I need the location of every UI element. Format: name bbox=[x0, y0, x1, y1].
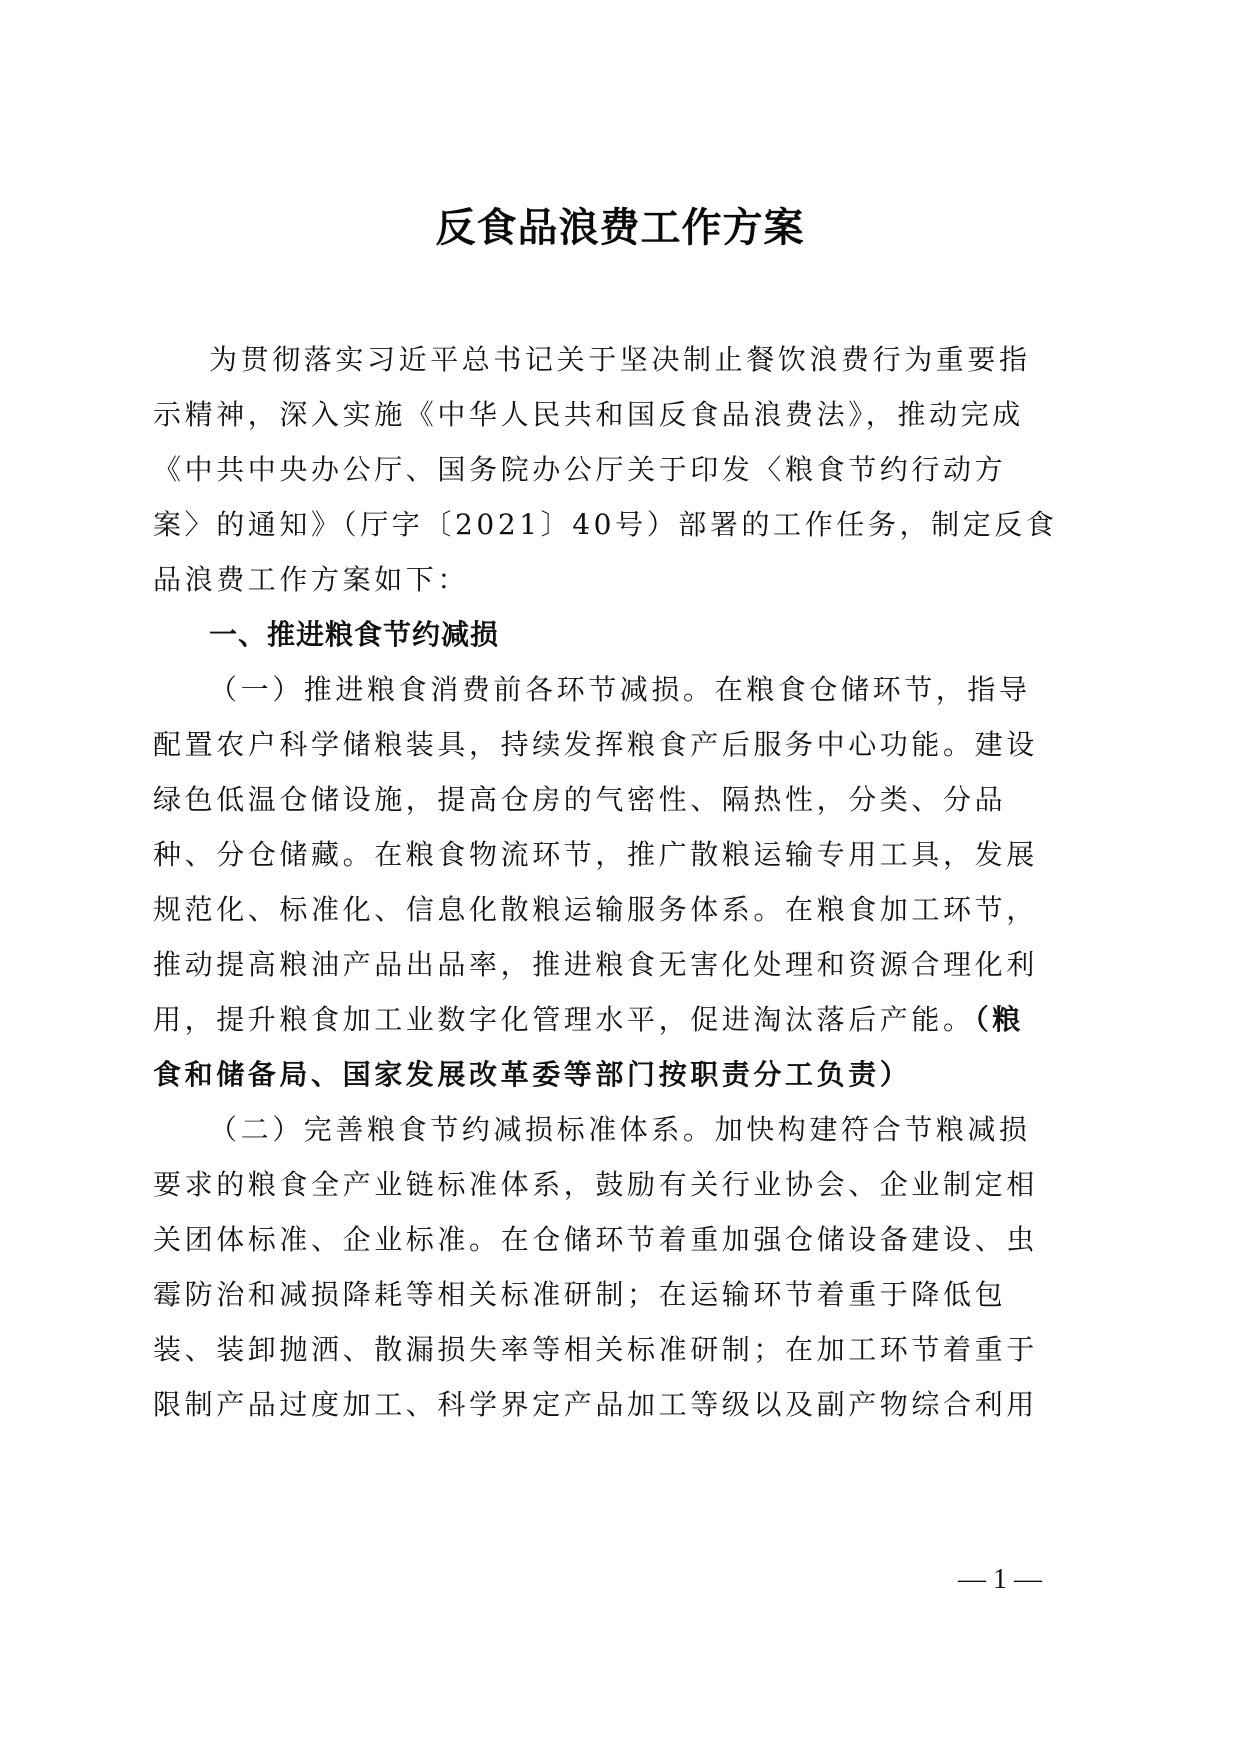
intro-line: 案〉的通知》（厅字〔2021〕40号）部署的工作任务，制定反食 bbox=[153, 497, 959, 552]
item-2-paragraph: （二）完善粮食节约减损标准体系。加快构建符合节粮减损 要求的粮食全产业链标准体系… bbox=[153, 1102, 959, 1432]
intro-line: 为贯彻落实习近平总书记关于坚决制止餐饮浪费行为重要指 bbox=[153, 332, 959, 387]
paragraph-line: 关团体标准、企业标准。在仓储环节着重加强仓储设备建设、虫 bbox=[153, 1212, 959, 1267]
item-1-first-line: （一）推进粮食消费前各环节减损。在粮食仓储环节，指导 bbox=[153, 662, 959, 717]
item-1-paragraph: （一）推进粮食消费前各环节减损。在粮食仓储环节，指导 配置农户科学储粮装具，持续… bbox=[153, 662, 959, 1102]
paragraph-line: 推动提高粮油产品出品率，推进粮食无害化处理和资源合理化利 bbox=[153, 937, 959, 992]
paragraph-line: 霉防治和减损降耗等相关标准研制；在运输环节着重于降低包 bbox=[153, 1267, 959, 1322]
document-page: 反食品浪费工作方案 为贯彻落实习近平总书记关于坚决制止餐饮浪费行为重要指 示精神… bbox=[0, 0, 1240, 1754]
paragraph-line: 绿色低温仓储设施，提高仓房的气密性、隔热性，分类、分品 bbox=[153, 772, 959, 827]
paragraph-line: 种、分仓储藏。在粮食物流环节，推广散粮运输专用工具，发展 bbox=[153, 827, 959, 882]
document-title: 反食品浪费工作方案 bbox=[0, 200, 1240, 256]
paragraph-line: 装、装卸抛洒、散漏损失率等相关标准研制；在加工环节着重于 bbox=[153, 1322, 959, 1377]
section-heading: 一、推进粮食节约减损 bbox=[153, 607, 959, 662]
item-1-first-line-rest: 在粮食仓储环节，指导 bbox=[715, 673, 1031, 706]
paragraph-line: 用，提升粮食加工业数字化管理水平，促进淘汰落后产能。（粮 bbox=[153, 992, 959, 1047]
paragraph-line: 要求的粮食全产业链标准体系，鼓励有关行业协会、企业制定相 bbox=[153, 1157, 959, 1212]
paragraph-line: 规范化、标准化、信息化散粮运输服务体系。在粮食加工环节， bbox=[153, 882, 959, 937]
item-2-lead: （二）完善粮食节约减损标准体系。 bbox=[209, 1113, 715, 1146]
paragraph-line: 配置农户科学储粮装具，持续发挥粮食产后服务中心功能。建设 bbox=[153, 717, 959, 772]
page-number: — 1 — bbox=[940, 1560, 1060, 1600]
item-2-first-line-rest: 加快构建符合节粮减损 bbox=[715, 1113, 1031, 1146]
intro-line: 品浪费工作方案如下： bbox=[153, 552, 959, 607]
document-body: 为贯彻落实习近平总书记关于坚决制止餐饮浪费行为重要指 示精神，深入实施《中华人民… bbox=[153, 332, 959, 1432]
paragraph-text: 用，提升粮食加工业数字化管理水平，促进淘汰落后产能。 bbox=[153, 1003, 975, 1036]
intro-paragraph: 为贯彻落实习近平总书记关于坚决制止餐饮浪费行为重要指 示精神，深入实施《中华人民… bbox=[153, 332, 959, 607]
item-2-first-line: （二）完善粮食节约减损标准体系。加快构建符合节粮减损 bbox=[153, 1102, 959, 1157]
paragraph-line: 限制产品过度加工、科学界定产品加工等级以及副产物综合利用 bbox=[153, 1377, 959, 1432]
responsibility-note: 食和储备局、国家发展改革委等部门按职责分工负责） bbox=[153, 1047, 959, 1102]
intro-line: 《中共中央办公厅、国务院办公厅关于印发〈粮食节约行动方 bbox=[153, 442, 959, 497]
intro-line: 示精神，深入实施《中华人民共和国反食品浪费法》，推动完成 bbox=[153, 387, 959, 442]
responsibility-note-start: （粮 bbox=[975, 1003, 1024, 1036]
item-1-lead: （一）推进粮食消费前各环节减损。 bbox=[209, 673, 715, 706]
